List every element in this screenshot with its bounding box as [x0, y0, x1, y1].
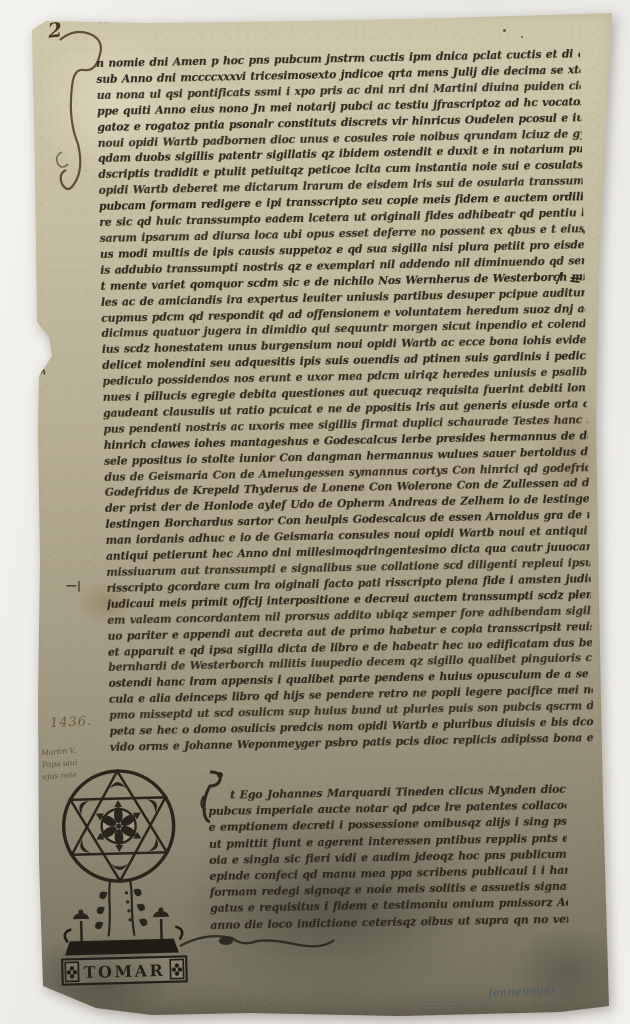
center-rosette — [100, 807, 138, 846]
archivist-signature: Jennemejer — [488, 984, 557, 999]
ink-speck — [521, 36, 523, 38]
left-margin-mark: —| — [66, 580, 81, 591]
neck-crockets — [94, 889, 147, 930]
subscription-block: t Ego Johannes Marquardi Tineden clicus … — [208, 782, 568, 934]
notarial-mark-label: TOMAR — [83, 961, 165, 982]
ink-speck — [583, 230, 585, 234]
interlinear-insert: mea — [316, 660, 330, 667]
parchment-wrap: 2 Anno dm n nomie dni Amen p hoc pns pub… — [0, 0, 630, 1024]
pedestal-neck — [107, 881, 134, 937]
manuscript-photo: 2 Anno dm n nomie dni Amen p hoc pns pub… — [0, 0, 630, 1024]
main-text-block: n nomie dni Amen p hoc pns pubcum jnstrm… — [96, 46, 594, 755]
side-finials — [73, 907, 170, 942]
notarial-mark: TOMAR — [51, 762, 193, 991]
stain-bottom-right — [510, 925, 625, 1020]
parchment-sheet: 2 Anno dm n nomie dni Amen p hoc pns pub… — [0, 0, 630, 1024]
margin-year-note: 1436. — [50, 715, 93, 730]
letter-band: TOMAR — [62, 956, 187, 984]
ink-speck — [503, 29, 506, 32]
right-margin-mark: / = — [555, 271, 583, 289]
